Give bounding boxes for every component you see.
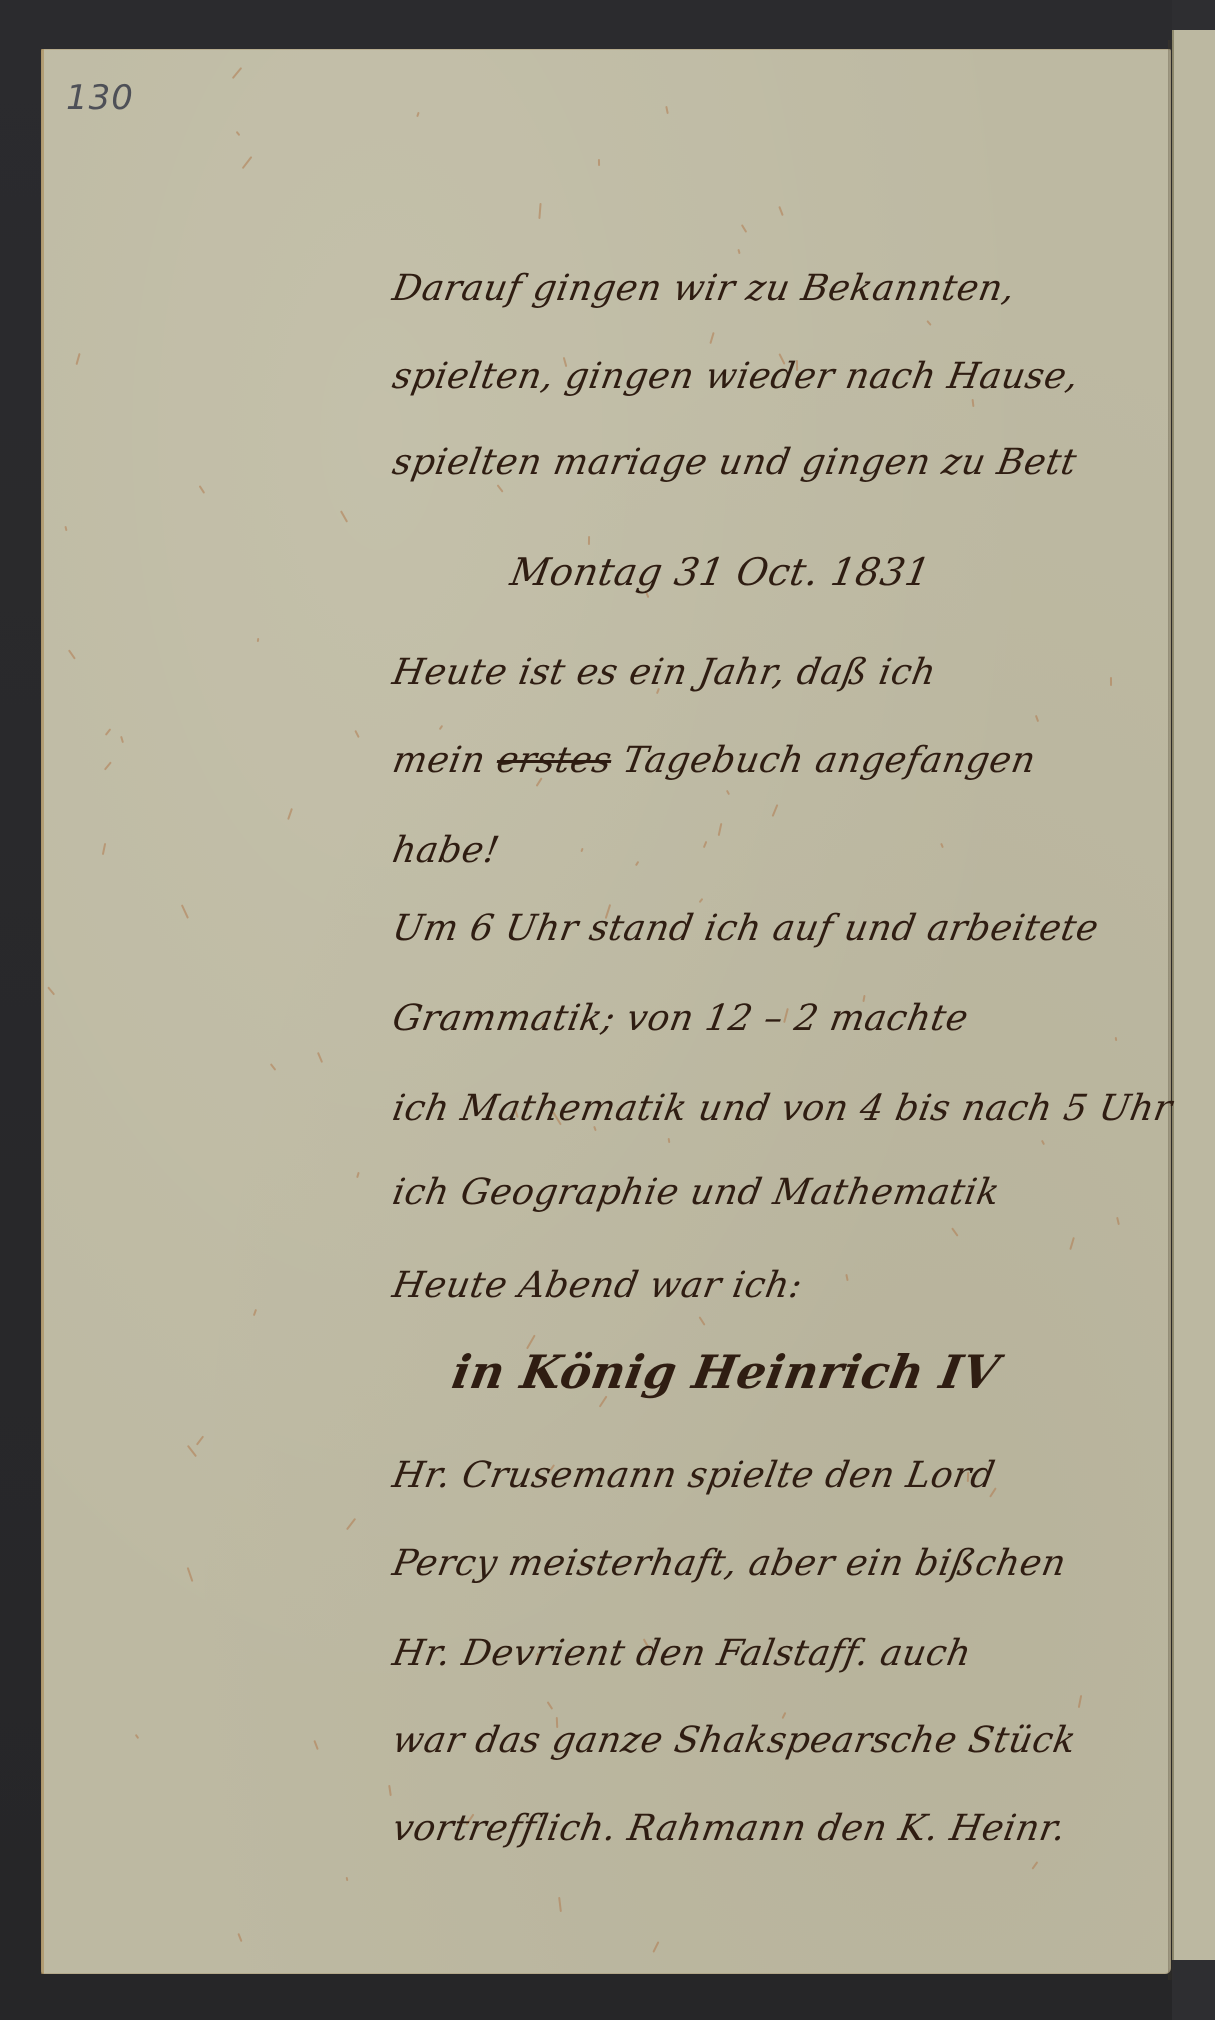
- handwritten-line: Hr. Devrient den Falstaff. auch: [389, 1633, 974, 1674]
- paper-fiber: [1110, 677, 1112, 686]
- handwritten-line: spielten mariage und gingen zu Bett: [389, 442, 1079, 483]
- handwritten-line: ich Mathematik und von 4 bis nach 5 Uhr: [389, 1088, 1175, 1129]
- handwritten-line: vortrefflich. Rahmann den K. Heinr.: [389, 1808, 1069, 1849]
- handwritten-line: Darauf gingen wir zu Bekannten,: [389, 268, 1018, 309]
- gutter-shadow: [1168, 40, 1174, 1980]
- handwritten-line: spielten, gingen wieder nach Hause,: [389, 356, 1081, 397]
- handwritten-line: habe!: [389, 830, 502, 871]
- handwritten-line: Heute Abend war ich:: [389, 1265, 805, 1306]
- folio-number: 130: [66, 78, 134, 118]
- paper-fiber: [257, 638, 260, 643]
- handwritten-line: Grammatik; von 12 – 2 machte: [389, 998, 971, 1039]
- date-heading: Montag 31 Oct. 1831: [507, 550, 934, 594]
- struck-word: erstes: [493, 740, 614, 781]
- paper-fiber: [588, 536, 590, 545]
- handwritten-line: ich Geographie und Mathematik: [389, 1172, 1003, 1213]
- paper-fiber: [971, 399, 974, 407]
- handwritten-line: war das ganze Shakspearsche Stück: [389, 1720, 1079, 1761]
- handwritten-line: Um 6 Uhr stand ich auf und arbeitete: [389, 908, 1101, 949]
- handwritten-line: Percy meisterhaft, aber ein bißchen: [389, 1543, 1069, 1584]
- handwritten-line: Hr. Crusemann spielte den Lord: [389, 1455, 998, 1496]
- handwritten-line: mein erstes Tagebuch angefangen: [389, 740, 1039, 781]
- play-title: in König Heinrich IV: [448, 1345, 1003, 1399]
- handwritten-line: Heute ist es ein Jahr, daß ich: [389, 652, 939, 693]
- page-edge: [41, 49, 44, 1974]
- adjacent-page-edge: [1172, 30, 1215, 1985]
- paper-fiber: [667, 1137, 670, 1143]
- binding-bottom: [1172, 1960, 1215, 2020]
- binding-top: [1172, 0, 1215, 30]
